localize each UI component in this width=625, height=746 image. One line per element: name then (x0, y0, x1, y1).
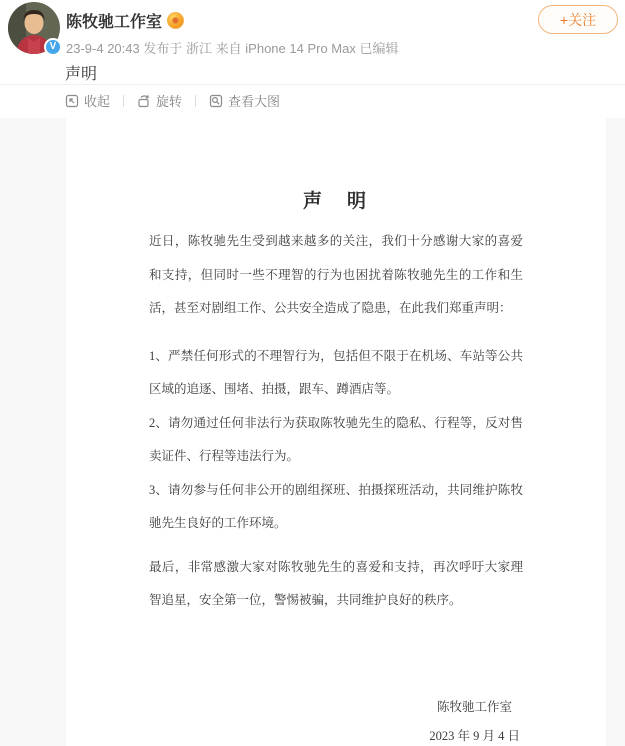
edited-label: 已编辑 (359, 41, 398, 56)
statement-signature-block: 陈牧驰工作室 2023 年 9 月 4 日 (429, 693, 520, 746)
collapse-label: 收起 (84, 91, 110, 110)
statement-item: 2、请勿通过任何非法行为获取陈牧驰先生的隐私、行程等，反对售卖证件、行程等违法行… (149, 407, 523, 474)
collapse-icon (65, 94, 79, 108)
post-text: 声明 (65, 61, 97, 84)
statement-title: 声 明 (66, 118, 606, 213)
collapse-button[interactable]: 收起 (65, 91, 110, 110)
from-label: 来自 (216, 41, 242, 56)
location: 浙江 (186, 41, 212, 56)
toolbar-separator (195, 95, 196, 107)
statement-intro: 近日，陈牧驰先生受到越来越多的关注，我们十分感谢大家的喜爱和支持，但同时一些不理… (149, 225, 523, 326)
statement-date: 2023 年 9 月 4 日 (429, 722, 520, 746)
statement-closing: 最后，非常感激大家对陈牧驰先生的喜爱和支持，再次呼吁大家理智追星，安全第一位，警… (149, 551, 523, 618)
image-viewer-area: 声 明 近日，陈牧驰先生受到越来越多的关注，我们十分感谢大家的喜爱和支持，但同时… (0, 118, 625, 746)
avatar[interactable]: V (8, 2, 60, 54)
statement-item: 3、请勿参与任何非公开的剧组探班、拍摄探班活动，共同维护陈牧驰先生良好的工作环境… (149, 474, 523, 541)
device-source: iPhone 14 Pro Max (245, 41, 356, 56)
verified-badge-icon: V (44, 38, 62, 56)
post-meta: 23-9-4 20:43 发布于 浙江 来自 iPhone 14 Pro Max… (66, 38, 399, 57)
weibo-post-page: V 陈牧驰工作室 23-9-4 20:43 发布于 浙江 来自 iPhone 1… (0, 0, 625, 746)
view-large-button[interactable]: 查看大图 (209, 91, 280, 110)
username[interactable]: 陈牧驰工作室 (66, 9, 184, 32)
rotate-label: 旋转 (156, 91, 182, 110)
published-label: 发布于 (143, 41, 182, 56)
membership-badge-icon (167, 12, 184, 29)
follow-button[interactable]: +关注 (538, 5, 618, 34)
statement-signature: 陈牧驰工作室 (429, 693, 520, 722)
view-large-icon (209, 94, 223, 108)
statement-body: 近日，陈牧驰先生受到越来越多的关注，我们十分感谢大家的喜爱和支持，但同时一些不理… (149, 225, 523, 618)
toolbar-separator (123, 95, 124, 107)
statement-item: 1、严禁任何形式的不理智行为，包括但不限于在机场、车站等公共区域的追逐、围堵、拍… (149, 340, 523, 407)
image-toolbar: 收起 旋转 查看大图 (65, 85, 280, 116)
timestamp: 23-9-4 20:43 (66, 41, 140, 56)
statement-image[interactable]: 声 明 近日，陈牧驰先生受到越来越多的关注，我们十分感谢大家的喜爱和支持，但同时… (66, 118, 606, 746)
rotate-icon (137, 94, 151, 108)
statement-items: 1、严禁任何形式的不理智行为，包括但不限于在机场、车站等公共区域的追逐、围堵、拍… (149, 340, 523, 541)
username-text: 陈牧驰工作室 (66, 9, 162, 32)
rotate-button[interactable]: 旋转 (137, 91, 182, 110)
view-large-label: 查看大图 (228, 91, 280, 110)
